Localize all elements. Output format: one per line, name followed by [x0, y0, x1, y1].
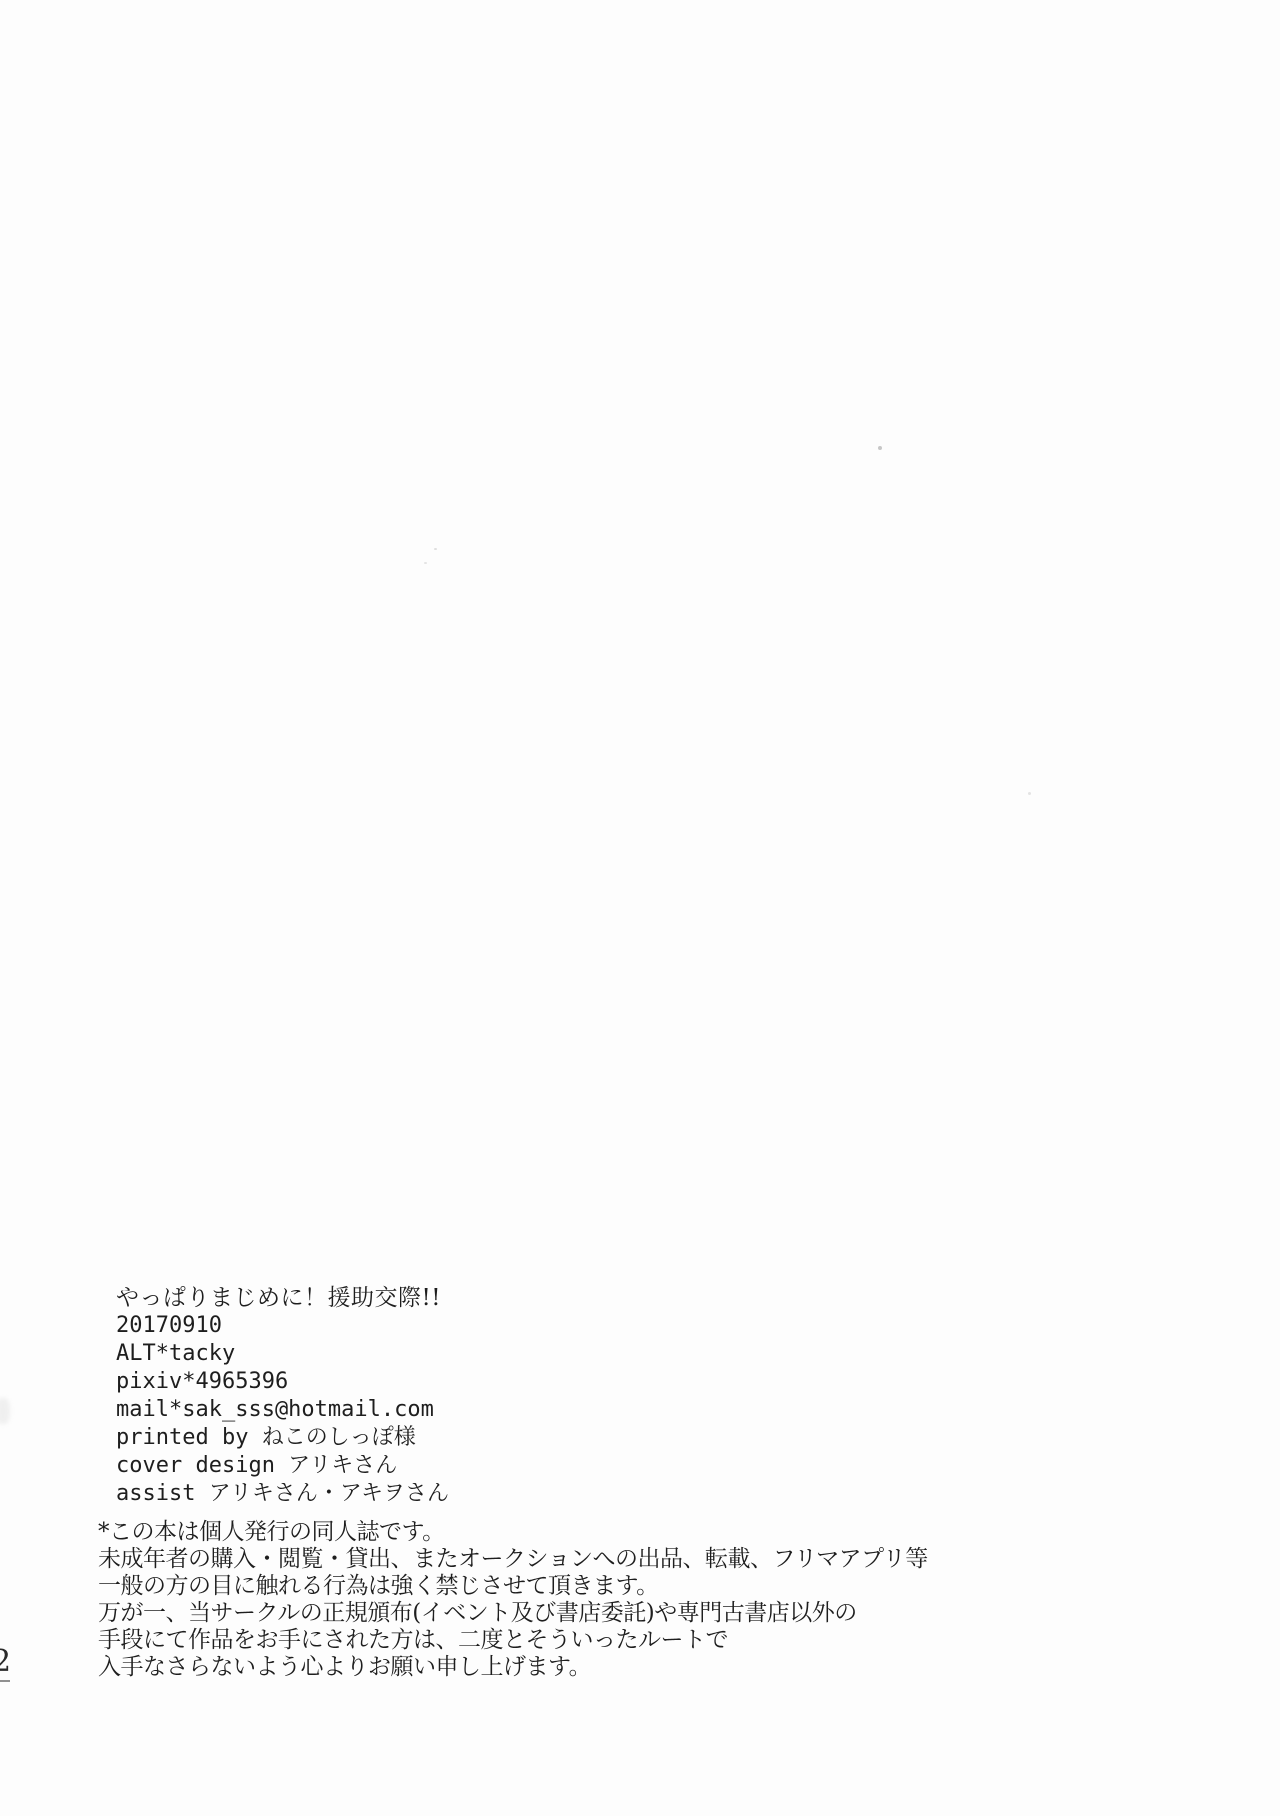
page-number: 2 [0, 1644, 11, 1682]
book-title: やっぱりまじめに！援助交際!! [116, 1284, 449, 1312]
credit-line-date: 20170910 [116, 1312, 449, 1340]
disclaimer-line-1: *この本は個人発行の同人誌です。 [98, 1519, 928, 1546]
scan-speck [434, 548, 437, 550]
scan-smudge [0, 1398, 10, 1424]
scanned-document-page: やっぱりまじめに！援助交際!! 20170910 ALT*tacky pixiv… [0, 0, 1280, 1816]
credit-line-assist: assist アリキさん・アキヲさん [116, 1480, 449, 1508]
credit-line-cover-design: cover design アリキさん [116, 1452, 449, 1480]
credit-line-pixiv: pixiv*4965396 [116, 1368, 449, 1396]
credit-line-circle: ALT*tacky [116, 1340, 449, 1368]
scan-speck [424, 562, 427, 564]
credit-line-printer: printed by ねこのしっぽ様 [116, 1424, 449, 1452]
disclaimer-line-3: 一般の方の目に触れる行為は強く禁じさせて頂きます。 [98, 1573, 928, 1600]
scan-speck [1028, 792, 1031, 795]
disclaimer-line-5: 手段にて作品をお手にされた方は、二度とそういったルートで [98, 1627, 928, 1654]
scan-speck [878, 446, 882, 450]
disclaimer-line-2: 未成年者の購入・閲覧・貸出、またオークションへの出品、転載、フリマアプリ等 [98, 1546, 928, 1573]
disclaimer-line-4: 万が一、当サークルの正規頒布(イベント及び書店委託)や専門古書店以外の [98, 1600, 928, 1627]
disclaimer-line-6: 入手なさらないよう心よりお願い申し上げます。 [98, 1654, 928, 1681]
colophon-block: やっぱりまじめに！援助交際!! 20170910 ALT*tacky pixiv… [116, 1284, 449, 1508]
credit-line-mail: mail*sak_sss@hotmail.com [116, 1396, 449, 1424]
disclaimer-block: *この本は個人発行の同人誌です。 未成年者の購入・閲覧・貸出、またオークションへ… [98, 1519, 928, 1681]
